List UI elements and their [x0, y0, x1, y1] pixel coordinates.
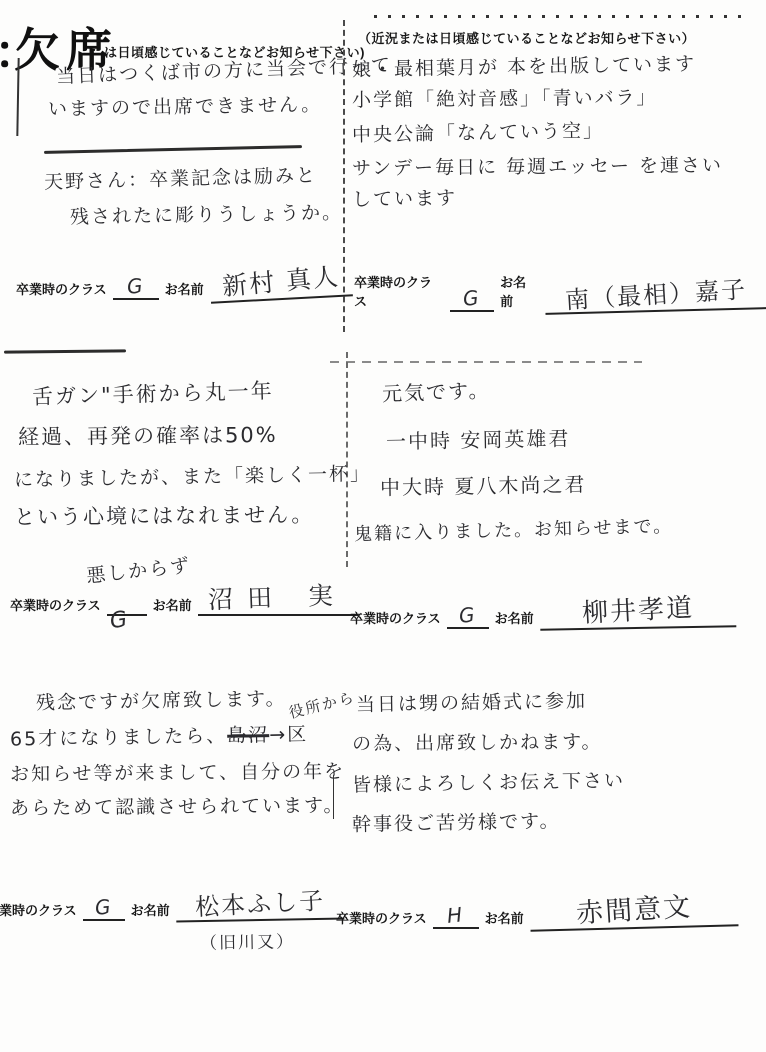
handwritten-line: 中央公論「なんていう空」: [352, 116, 604, 147]
class-value: G: [462, 285, 482, 311]
name-value: 沼田 実: [204, 575, 352, 616]
name-label: お名前: [131, 900, 170, 921]
handwritten-line: サンデー毎日に 毎週エッセー を連さい: [352, 150, 723, 180]
handwritten-line: 残念ですが欠席致します。: [36, 684, 287, 715]
name-underline: 松本ふし子: [175, 883, 344, 923]
class-value: G: [126, 273, 146, 299]
handwritten-margin-stroke: [16, 58, 19, 136]
name-underline: 南（最相）嘉子: [544, 272, 766, 315]
class-value: G: [458, 602, 478, 628]
handwritten-line: 小学館「絶対音感」「青いバラ」: [352, 83, 658, 113]
handwritten-line: 65才になりましたら、島沼→区: [10, 719, 309, 751]
class-value: G: [94, 894, 114, 920]
card-divider-dotted: [374, 15, 742, 18]
name-label: お名前: [485, 908, 524, 929]
handwritten-line: しています: [352, 183, 457, 212]
handwritten-line: いますので出席できません。: [48, 90, 323, 122]
signature-row: 卒業時のクラス G お名前 柳井孝道: [350, 590, 736, 629]
row-divider-faint-line: [330, 361, 642, 363]
name-value: 新村 真人: [216, 257, 345, 304]
name-value: 赤間意文: [571, 884, 697, 930]
signature-row: 卒業時のクラス お名前 沼田 実: [10, 578, 358, 616]
class-value-below-line: G: [108, 607, 130, 634]
handwritten-line: お知らせ等が来まして、自分の年を: [10, 757, 345, 787]
class-label: 卒業時のクラス: [350, 608, 441, 629]
class-underline: G: [83, 895, 125, 921]
handwritten-line: 天野さん：卒業記念は励みと: [44, 160, 318, 194]
class-label: 卒業時のクラス: [10, 595, 101, 616]
signature-row: 卒業時のクラス G お名前 新村 真人: [16, 262, 352, 300]
class-label: 卒業時のクラス: [16, 279, 107, 300]
row-divider-line: [4, 349, 126, 353]
struck-out-word: 島沼: [227, 724, 269, 747]
handwritten-line: になりましたが、また「楽しく一杯」: [14, 459, 371, 492]
maiden-name-note: （旧川又）: [200, 927, 295, 954]
class-label: 卒業時のクラス: [336, 908, 427, 929]
handwritten-line: 残されたに彫りうしょうか。: [70, 198, 343, 230]
class-underline: G: [113, 274, 159, 300]
name-label: お名前: [165, 279, 204, 300]
class-label: 卒業時のクラス: [354, 272, 444, 312]
name-label: お名前: [495, 608, 534, 629]
handwritten-insertion: 役所から: [286, 686, 357, 723]
header-note: （近況または日頃感じていることなどお知らせ下さい）: [358, 28, 695, 47]
class-label: 卒業時のクラス: [0, 900, 77, 921]
class-underline: H: [433, 903, 479, 929]
handwritten-line: 経過、再発の確率は50%: [18, 419, 278, 451]
handwritten-line: 幹事役ご苦労様です。: [352, 806, 561, 837]
name-underline: 柳井孝道: [539, 588, 736, 630]
handwritten-line: 当日は甥の結婚式に参加: [356, 686, 587, 717]
name-underline: 新村 真人: [209, 258, 353, 303]
handwritten-line: 元気です。: [382, 374, 491, 407]
name-label: お名前: [153, 595, 192, 616]
name-value: 松本ふし子: [190, 880, 330, 922]
handwritten-line: 一中時 安岡英雄君: [386, 422, 571, 454]
card-divider-vertical: [343, 20, 345, 332]
stray-mark-vertical: [333, 775, 334, 819]
class-underline: G: [447, 603, 489, 629]
signature-row: 卒業時のクラス H お名前 赤間意文: [336, 888, 738, 929]
handwritten-line: の為、出席致しかねます。: [352, 727, 603, 756]
handwritten-line: 娘・最相葉月が 本を出版しています: [352, 49, 696, 82]
handwritten-line: 舌ガン"手術から丸一年: [32, 375, 274, 411]
signature-row: 卒業時のクラス G お名前 松本ふし子: [0, 884, 344, 921]
handwritten-text: →区: [269, 723, 308, 746]
scanned-page: ： 欠席 は日頃感じていることなどお知らせ下さい) 当日はつくば市の方に当会で行…: [0, 0, 766, 1052]
name-value: 南（最相）嘉子: [560, 269, 752, 316]
signature-row: 卒業時のクラス G お名前 南（最相）嘉子: [354, 272, 766, 312]
handwritten-line: という心境にはなれません。: [14, 499, 315, 532]
name-value: 柳井孝道: [577, 587, 699, 630]
class-value: H: [446, 902, 465, 928]
name-label: お名前: [500, 272, 539, 312]
name-underline: 沼田 実: [198, 578, 358, 616]
name-underline: 赤間意文: [529, 885, 738, 931]
handwritten-divider-line: [44, 145, 302, 154]
handwritten-text: 65才になりましたら、: [10, 725, 228, 751]
handwritten-line: 鬼籍に入りました。お知らせまで。: [354, 512, 674, 546]
handwritten-line: 中大時 夏八木尚之君: [380, 468, 587, 501]
handwritten-line: あらためて認識させられています。: [10, 791, 345, 821]
handwritten-line: 皆様によろしくお伝え下さい: [352, 766, 625, 798]
class-underline: G: [450, 286, 494, 312]
